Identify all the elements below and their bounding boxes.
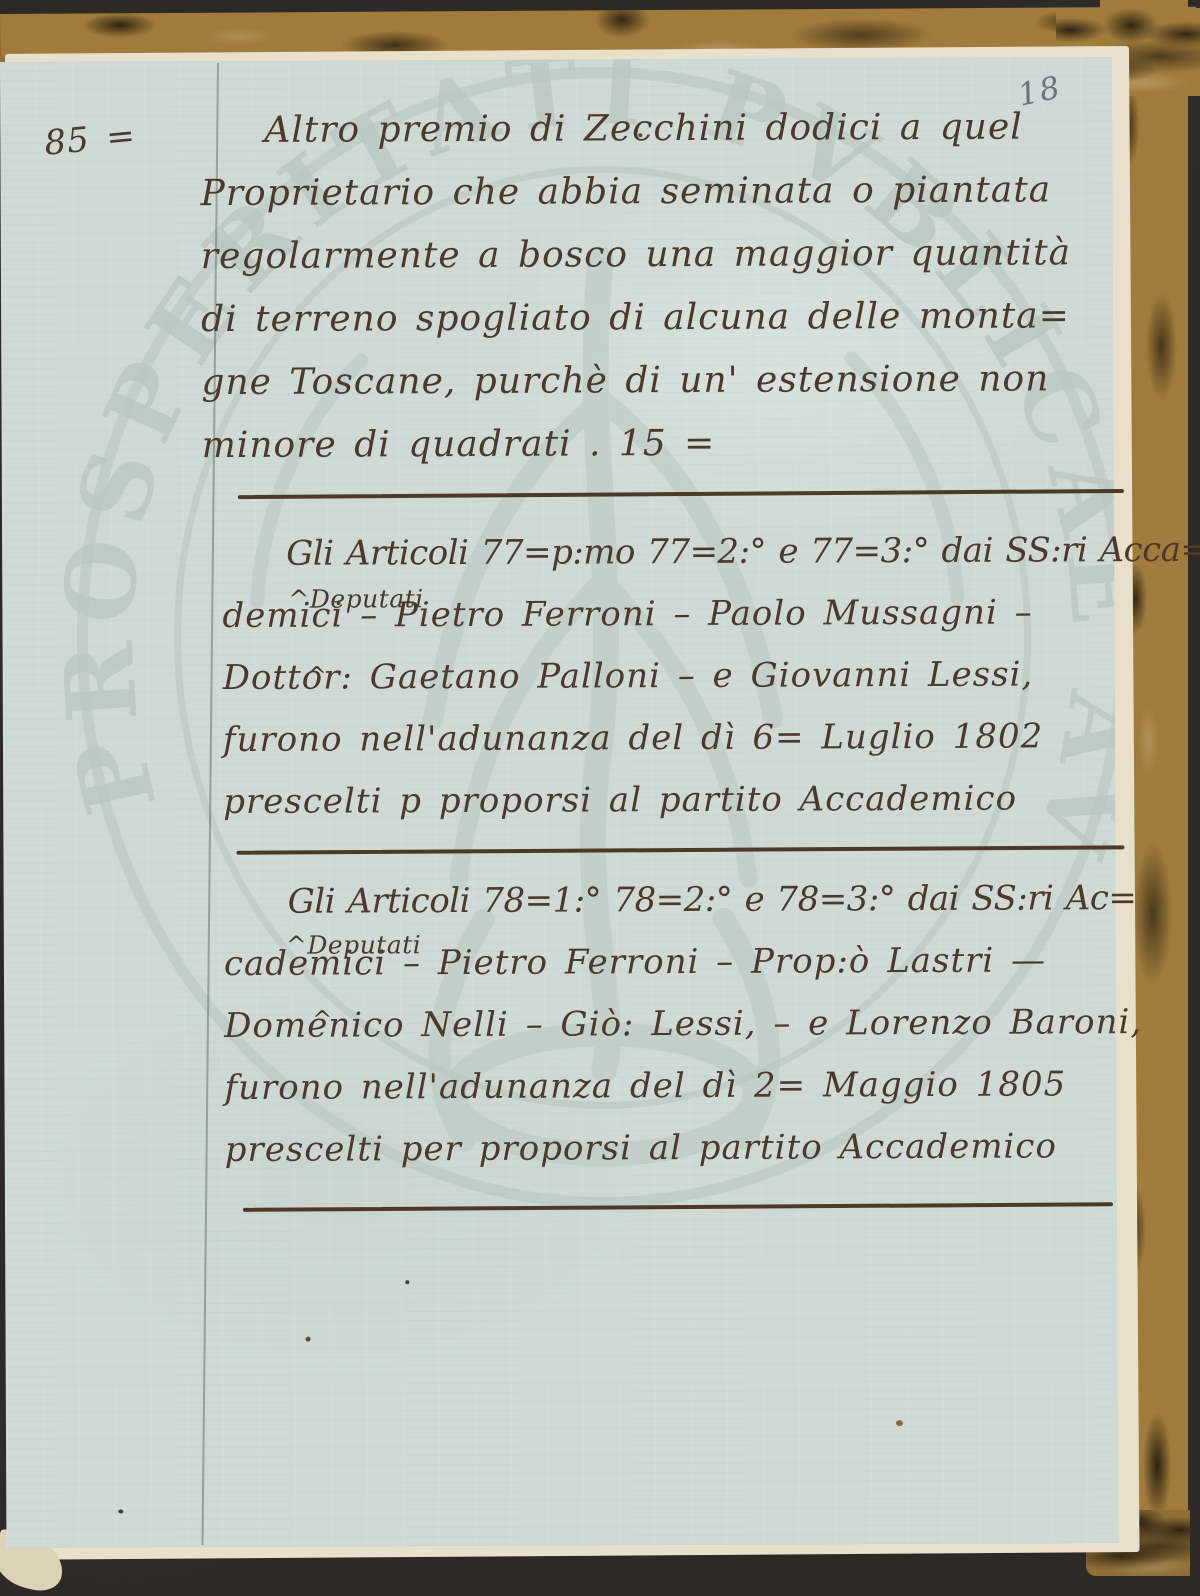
foxing-speck: [118, 1509, 123, 1513]
interlinear-insertion: ^Deputati: [288, 568, 424, 631]
foxing-speck: [306, 1337, 311, 1342]
manuscript-line: Altro premio di Zecchini dodici a quel: [200, 95, 1130, 162]
foxing-speck: [896, 1420, 903, 1426]
insertion-word: Deputati: [307, 930, 421, 959]
paragraph-articoli-77: Gli Articoli 77=p:mo 77=2:° e 77=3:° dai…: [222, 519, 1135, 833]
caret-mark: ^: [286, 931, 308, 960]
manuscript-line: Domenico Nelli – Giò: Lessi, – e Lorenzo…: [224, 991, 1136, 1057]
caret-mark: ^: [312, 989, 333, 1051]
manuscript-line: minore di quadrati . 15 =: [202, 410, 1132, 477]
folio-number: 85 =: [43, 116, 138, 164]
caret-mark: ^: [307, 645, 328, 707]
manuscript-line: gne Toscane, purchè di un' estensione no…: [201, 347, 1131, 414]
paragraph-premio-zecchini: Altro premio di Zecchini dodici a quel P…: [200, 95, 1132, 477]
foxing-speck: [638, 133, 642, 137]
interlinear-insertion: ^Deputati: [286, 914, 422, 977]
caret-mark: ^: [288, 585, 310, 614]
manuscript-line: Dottor: Gaetano Palloni – e Giovanni Les…: [223, 643, 1135, 709]
manuscript-line: furono nell'adunanza del dì 6= Luglio 18…: [223, 705, 1135, 771]
foxing-speck: [405, 1280, 409, 1284]
manuscript-line: prescelti p proporsi al partito Accademi…: [223, 767, 1135, 833]
paragraph-articoli-78: Gli Articoli 78=1:° 78=2:° e 78=3:° dai …: [224, 867, 1137, 1181]
insertion-word: Deputati: [310, 584, 424, 613]
manuscript-line: regolarmente a bosco una maggior quantit…: [201, 221, 1131, 288]
manuscript-line: di terreno spogliato di alcuna delle mon…: [201, 284, 1131, 351]
manuscript-line: prescelti per proporsi al partito Accade…: [225, 1115, 1137, 1181]
manuscript-line: Proprietario che abbia seminata o pianta…: [200, 158, 1130, 225]
manuscript-page: PROSPERITATI PVBLICAE AVGVSTA 85 = 18 Al…: [0, 57, 1118, 1548]
manuscript-line: furono nell'adunanza del dì 2= Maggio 18…: [224, 1053, 1136, 1119]
foxing-speck: [963, 246, 967, 250]
archival-manuscript-scan: PROSPERITATI PVBLICAE AVGVSTA 85 = 18 Al…: [0, 0, 1200, 1596]
